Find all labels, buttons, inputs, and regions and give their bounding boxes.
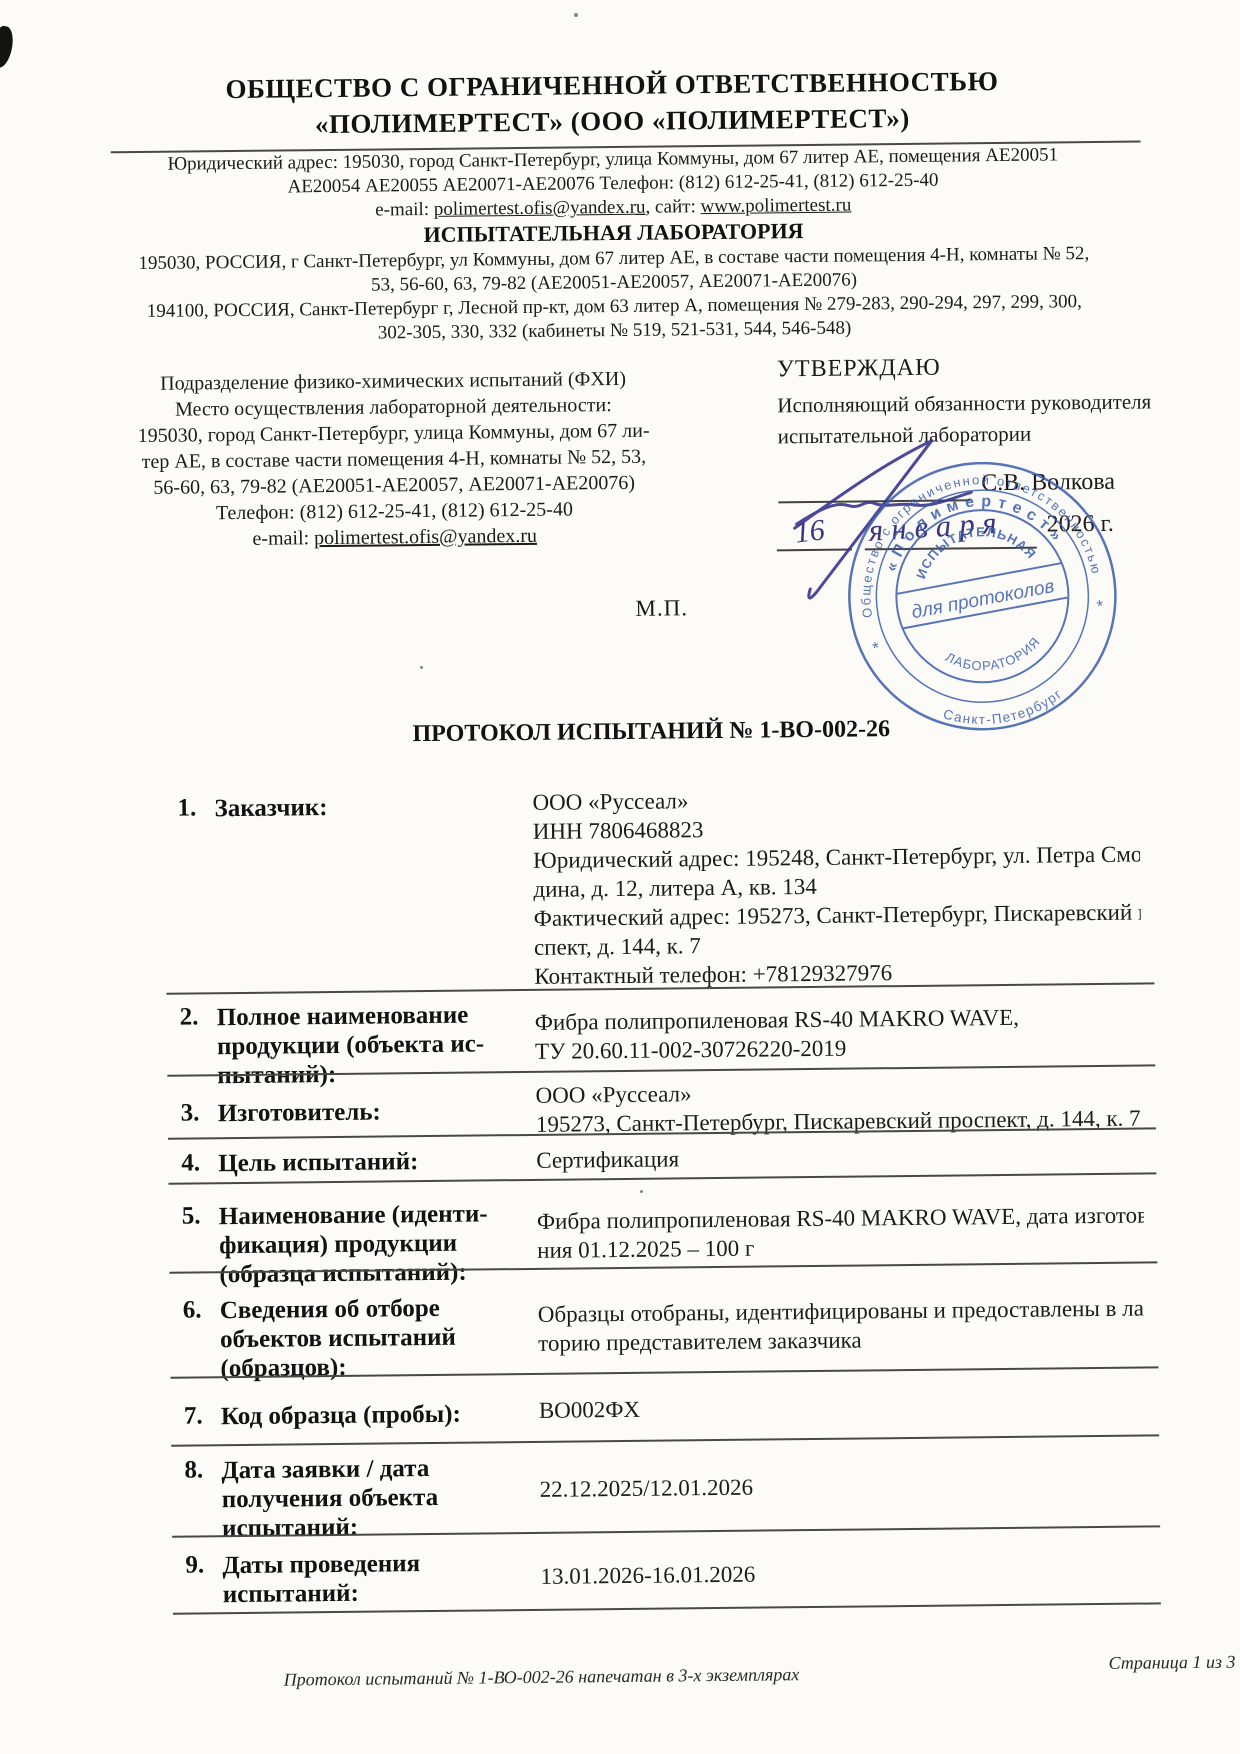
section-label: Даты проведения испытаний: (222, 1548, 535, 1609)
footer-page-number: Страница 1 из 3 (1108, 1652, 1235, 1674)
section-label: Изготовитель: (218, 1096, 530, 1128)
section-label: Сведения об отборе объектов испытаний (о… (220, 1293, 533, 1383)
document-sheet: ОБЩЕСТВО С ОГРАНИЧЕННОЙ ОТВЕТСТВЕННОСТЬЮ… (0, 0, 1240, 1754)
protocol-title: ПРОТОКОЛ ИСПЫТАНИЙ № 1-ВО-002-26 (164, 714, 1139, 751)
section-value: ВО002ФХ (539, 1390, 1146, 1425)
stamp-banner-text: для протоколов (910, 576, 1056, 623)
footer-copies-note: Протокол испытаний № 1-ВО-002-26 напечат… (284, 1664, 800, 1690)
section-value: Фибра полипропиленовая RS-40 MAKRO WAVE,… (535, 1002, 1143, 1066)
section-number: 1. (177, 794, 211, 822)
section-number: 8. (184, 1456, 218, 1484)
section-number: 9. (185, 1551, 219, 1579)
stamp-place-label: М.П. (635, 595, 688, 622)
scanned-test-protocol-page: ОБЩЕСТВО С ОГРАНИЧЕННОЙ ОТВЕТСТВЕННОСТЬЮ… (0, 0, 1240, 1754)
org-name-line2: «ПОЛИМЕРТЕСТ» (ООО «ПОЛИМЕРТЕСТ») (0, 100, 1232, 144)
section-value: Образцы отобраны, идентифицированы и пре… (538, 1294, 1146, 1358)
section-number: 5. (182, 1202, 216, 1230)
section-value: 13.01.2026-16.01.2026 (540, 1556, 1147, 1591)
section-label: Дата заявки / дата получения объекта исп… (221, 1453, 534, 1543)
section-label: Код образца (пробы): (221, 1399, 533, 1431)
section-number: 3. (181, 1099, 215, 1127)
section-number: 6. (183, 1296, 217, 1324)
section-value: ООО «Руссеал» ИНН 7806468823 Юридический… (532, 782, 1141, 991)
approve-heading: УТВЕРЖДАЮ (777, 355, 941, 384)
round-stamp: Общество с ограниченной ответственностью… (841, 455, 1124, 738)
section-value: Сертификация (536, 1140, 1143, 1175)
division-email-line: e-mail: polimertest.ofis@yandex.ru (115, 523, 675, 552)
section-label: Наименование (иденти- фикация) продукции… (219, 1199, 532, 1289)
site-link: www.polimertest.ru (700, 195, 851, 218)
section-number: 7. (184, 1402, 218, 1430)
section-value: Фибра полипропиленовая RS-40 MAKRO WAVE,… (537, 1201, 1145, 1265)
division-email-link: polimertest.ofis@yandex.ru (314, 525, 537, 549)
email-label: e-mail: (375, 199, 434, 221)
section-divider (171, 1434, 1159, 1446)
section-label: Цель испытаний: (218, 1146, 530, 1178)
section-label: Полное наименование продукции (объекта и… (217, 1000, 530, 1090)
section-number: 4. (181, 1149, 215, 1177)
stamp-inner-bottom-text: ЛАБОРАТОРИЯ (941, 632, 1047, 681)
section-number: 2. (180, 1003, 214, 1031)
division-info: Подразделение физико-химических испытани… (113, 365, 675, 527)
email-link: polimertest.ofis@yandex.ru (434, 197, 646, 220)
site-label: , сайт: (645, 196, 700, 218)
svg-text:ЛАБОРАТОРИЯ: ЛАБОРАТОРИЯ (941, 632, 1047, 681)
division-email-label: e-mail: (252, 527, 314, 550)
stamp-star-left: * (871, 638, 881, 658)
stamp-star-right: * (1095, 596, 1105, 616)
section-value: 22.12.2025/12.01.2026 (540, 1469, 1147, 1504)
section-label: Заказчик: (214, 791, 526, 823)
